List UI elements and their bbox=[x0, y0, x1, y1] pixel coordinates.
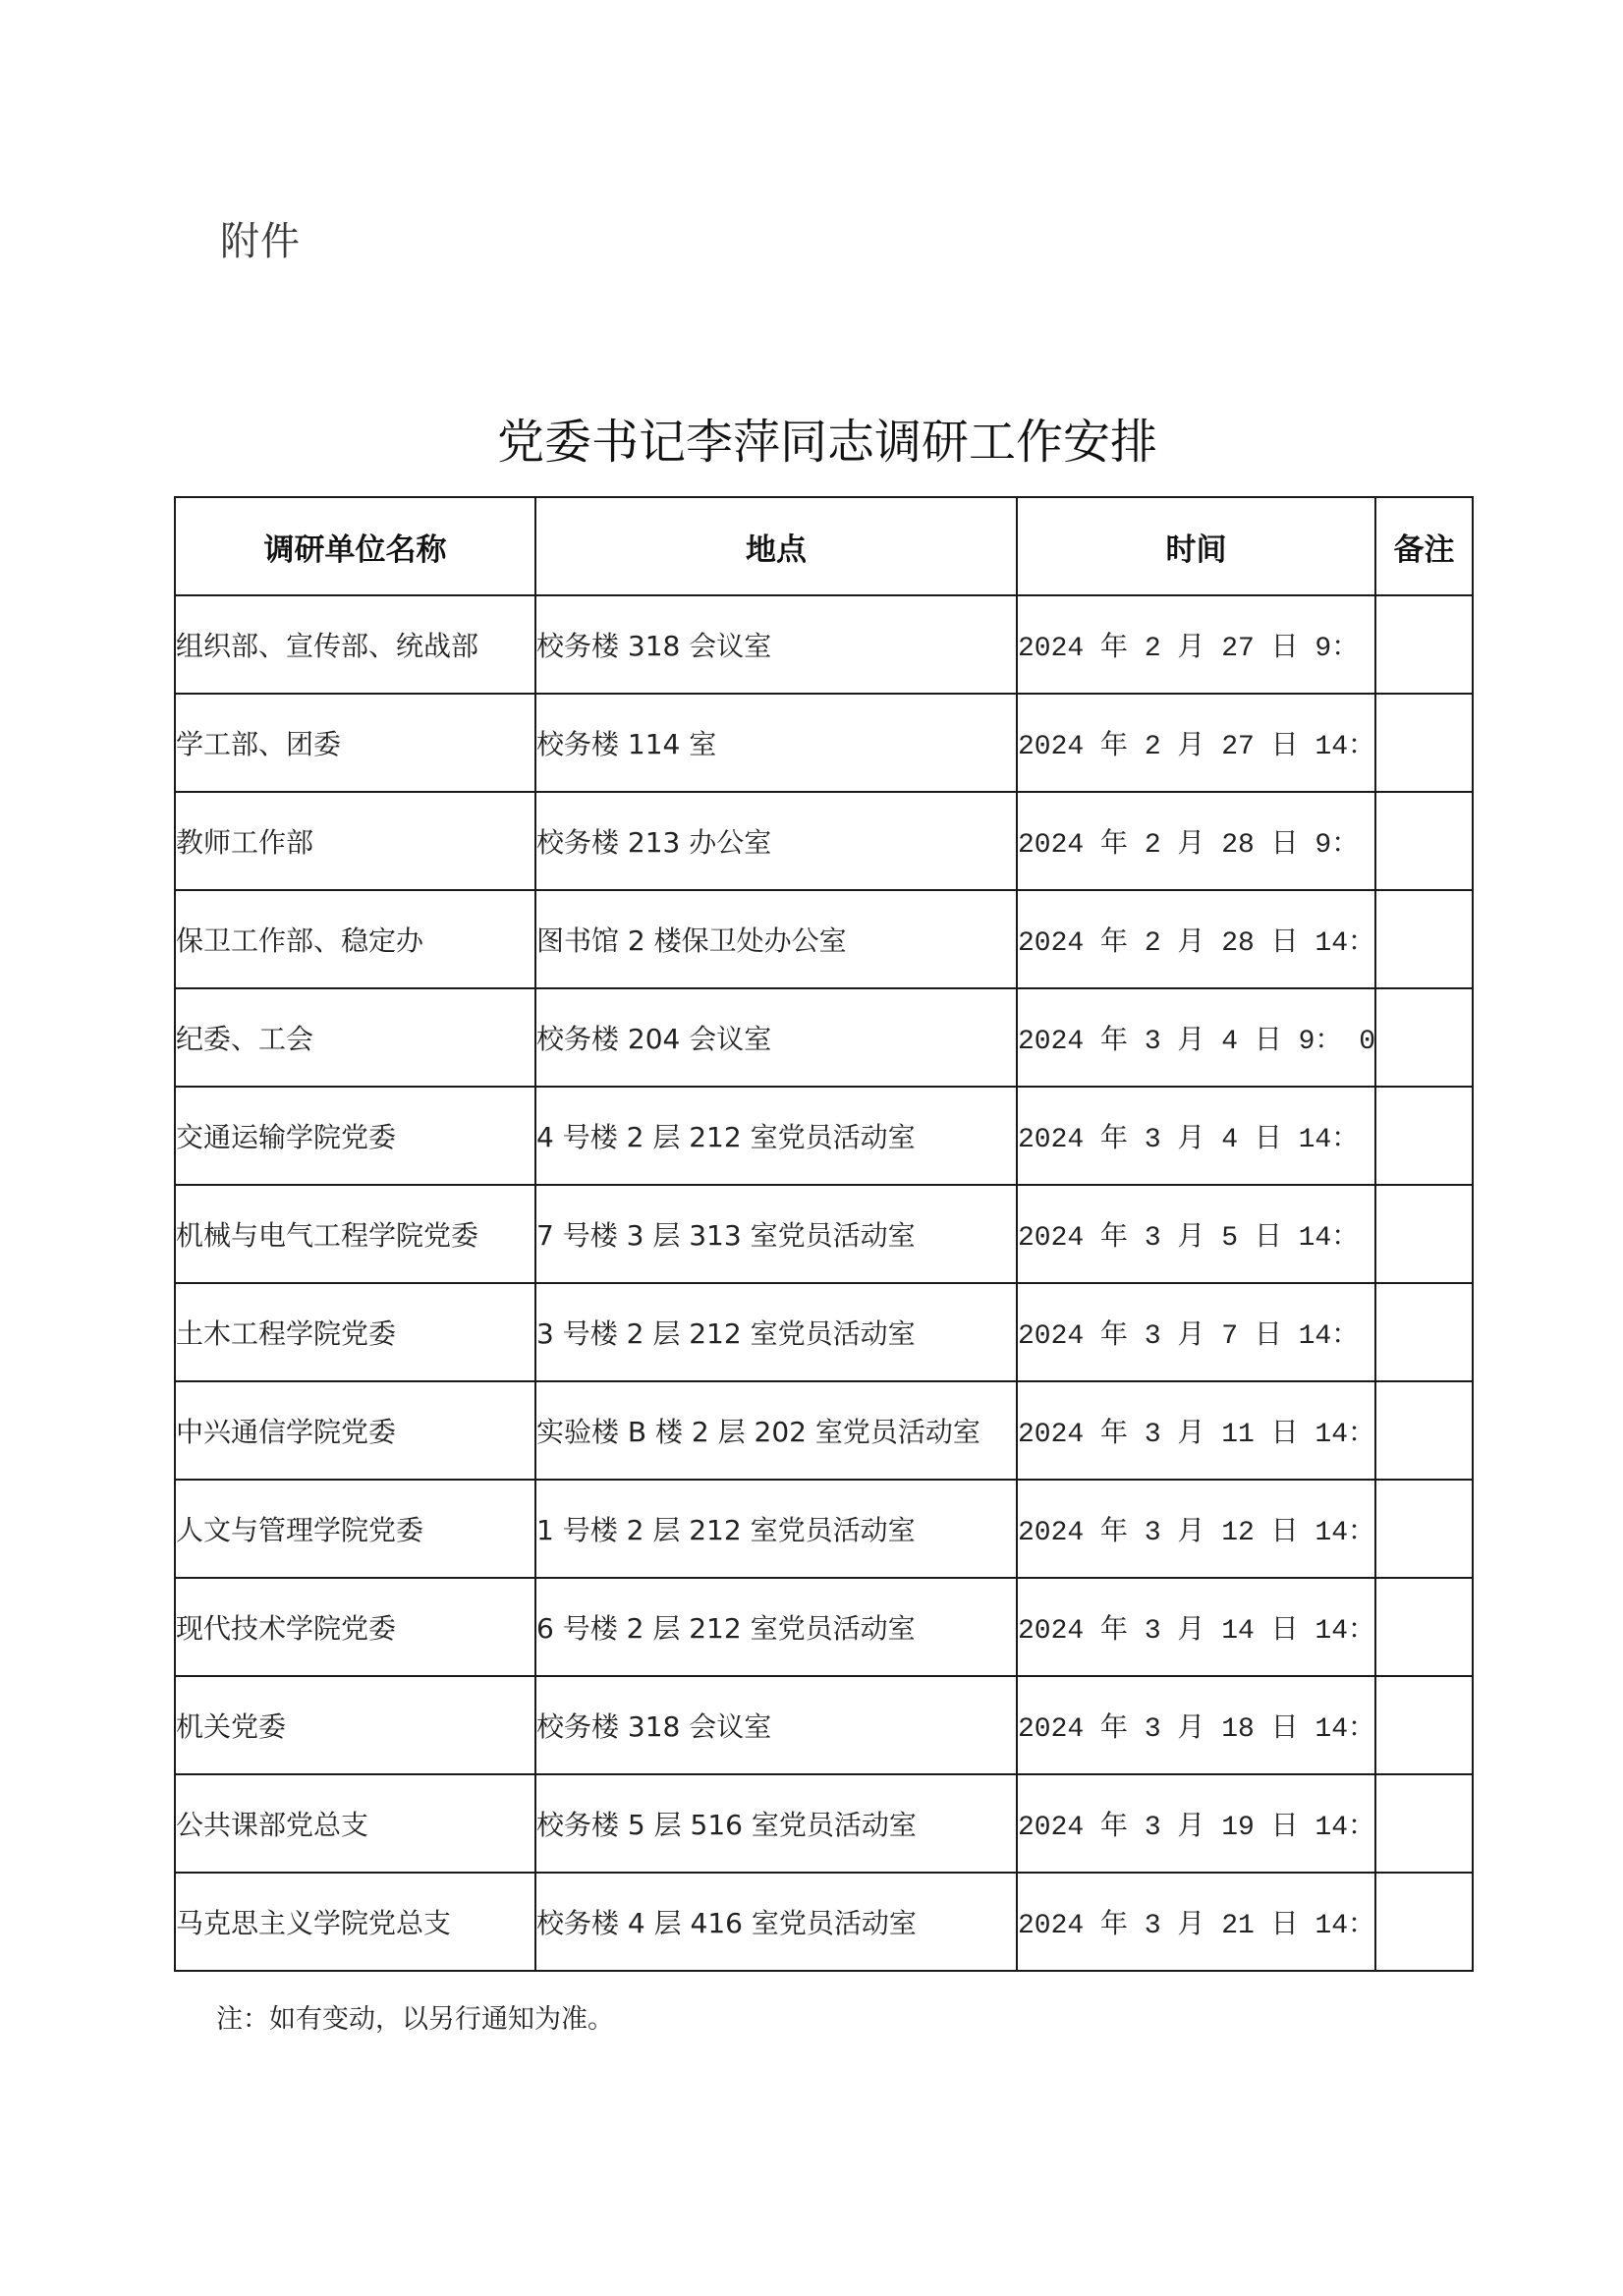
cell-time: 2024 年 3 月 14 日 14： 30 bbox=[1017, 1578, 1375, 1676]
cell-location: 校务楼 4 层 416 室党员活动室 bbox=[535, 1873, 1017, 1971]
cell-unit: 中兴通信学院党委 bbox=[175, 1381, 535, 1480]
table-row: 交通运输学院党委4 号楼 2 层 212 室党员活动室2024 年 3 月 4 … bbox=[175, 1087, 1473, 1185]
cell-unit: 交通运输学院党委 bbox=[175, 1087, 535, 1185]
cell-note bbox=[1375, 988, 1473, 1087]
cell-unit: 学工部、团委 bbox=[175, 694, 535, 792]
cell-note bbox=[1375, 1283, 1473, 1381]
table-header-row: 调研单位名称 地点 时间 备注 bbox=[175, 497, 1473, 595]
cell-unit: 现代技术学院党委 bbox=[175, 1578, 535, 1676]
cell-unit: 土木工程学院党委 bbox=[175, 1283, 535, 1381]
cell-time: 2024 年 3 月 12 日 14： 30 bbox=[1017, 1480, 1375, 1578]
cell-note bbox=[1375, 1873, 1473, 1971]
cell-location: 3 号楼 2 层 212 室党员活动室 bbox=[535, 1283, 1017, 1381]
cell-location: 校务楼 318 会议室 bbox=[535, 1676, 1017, 1774]
cell-note bbox=[1375, 890, 1473, 988]
cell-time: 2024 年 3 月 4 日 9： 00 bbox=[1017, 988, 1375, 1087]
cell-unit: 公共课部党总支 bbox=[175, 1774, 535, 1873]
table-row: 公共课部党总支校务楼 5 层 516 室党员活动室2024 年 3 月 19 日… bbox=[175, 1774, 1473, 1873]
table-row: 机械与电气工程学院党委7 号楼 3 层 313 室党员活动室2024 年 3 月… bbox=[175, 1185, 1473, 1283]
cell-note bbox=[1375, 1578, 1473, 1676]
header-unit: 调研单位名称 bbox=[175, 497, 535, 595]
attachment-label: 附件 bbox=[220, 218, 301, 265]
header-time: 时间 bbox=[1017, 497, 1375, 595]
cell-location: 4 号楼 2 层 212 室党员活动室 bbox=[535, 1087, 1017, 1185]
cell-note bbox=[1375, 595, 1473, 694]
cell-time: 2024 年 2 月 28 日 9： 00 bbox=[1017, 792, 1375, 890]
cell-note bbox=[1375, 1774, 1473, 1873]
cell-time: 2024 年 2 月 27 日 14： 30 bbox=[1017, 694, 1375, 792]
document-title: 党委书记李萍同志调研工作安排 bbox=[16, 403, 1623, 481]
cell-location: 校务楼 318 会议室 bbox=[535, 595, 1017, 694]
cell-location: 校务楼 5 层 516 室党员活动室 bbox=[535, 1774, 1017, 1873]
cell-time: 2024 年 3 月 5 日 14： 30 bbox=[1017, 1185, 1375, 1283]
cell-time: 2024 年 2 月 27 日 9： 00 bbox=[1017, 595, 1375, 694]
header-location: 地点 bbox=[535, 497, 1017, 595]
table-row: 教师工作部校务楼 213 办公室2024 年 2 月 28 日 9： 00 bbox=[175, 792, 1473, 890]
cell-note bbox=[1375, 1381, 1473, 1480]
cell-note bbox=[1375, 1185, 1473, 1283]
cell-time: 2024 年 3 月 19 日 14： 30 bbox=[1017, 1774, 1375, 1873]
cell-unit: 纪委、工会 bbox=[175, 988, 535, 1087]
cell-location: 实验楼 B 楼 2 层 202 室党员活动室 bbox=[535, 1381, 1017, 1480]
table-row: 马克思主义学院党总支校务楼 4 层 416 室党员活动室2024 年 3 月 2… bbox=[175, 1873, 1473, 1971]
table-row: 现代技术学院党委6 号楼 2 层 212 室党员活动室2024 年 3 月 14… bbox=[175, 1578, 1473, 1676]
cell-time: 2024 年 3 月 21 日 14： 30 bbox=[1017, 1873, 1375, 1971]
cell-note bbox=[1375, 792, 1473, 890]
table-row: 人文与管理学院党委1 号楼 2 层 212 室党员活动室2024 年 3 月 1… bbox=[175, 1480, 1473, 1578]
table-row: 土木工程学院党委3 号楼 2 层 212 室党员活动室2024 年 3 月 7 … bbox=[175, 1283, 1473, 1381]
cell-location: 1 号楼 2 层 212 室党员活动室 bbox=[535, 1480, 1017, 1578]
table-row: 纪委、工会校务楼 204 会议室2024 年 3 月 4 日 9： 00 bbox=[175, 988, 1473, 1087]
cell-time: 2024 年 3 月 7 日 14： 30 bbox=[1017, 1283, 1375, 1381]
cell-time: 2024 年 2 月 28 日 14： 30 bbox=[1017, 890, 1375, 988]
cell-location: 校务楼 204 会议室 bbox=[535, 988, 1017, 1087]
cell-location: 校务楼 114 室 bbox=[535, 694, 1017, 792]
header-note: 备注 bbox=[1375, 497, 1473, 595]
cell-time: 2024 年 3 月 18 日 14： 30 bbox=[1017, 1676, 1375, 1774]
cell-note bbox=[1375, 1676, 1473, 1774]
cell-unit: 人文与管理学院党委 bbox=[175, 1480, 535, 1578]
table-row: 学工部、团委校务楼 114 室2024 年 2 月 27 日 14： 30 bbox=[175, 694, 1473, 792]
table-row: 保卫工作部、稳定办图书馆 2 楼保卫处办公室2024 年 2 月 28 日 14… bbox=[175, 890, 1473, 988]
footnote: 注：如有变动，以另行通知为准。 bbox=[216, 2001, 614, 2039]
cell-location: 7 号楼 3 层 313 室党员活动室 bbox=[535, 1185, 1017, 1283]
cell-time: 2024 年 3 月 11 日 14： 30 bbox=[1017, 1381, 1375, 1480]
cell-unit: 马克思主义学院党总支 bbox=[175, 1873, 535, 1971]
cell-note bbox=[1375, 694, 1473, 792]
schedule-table: 调研单位名称 地点 时间 备注 组织部、宣传部、统战部校务楼 318 会议室20… bbox=[174, 496, 1474, 1972]
cell-location: 6 号楼 2 层 212 室党员活动室 bbox=[535, 1578, 1017, 1676]
table-row: 机关党委校务楼 318 会议室2024 年 3 月 18 日 14： 30 bbox=[175, 1676, 1473, 1774]
cell-time: 2024 年 3 月 4 日 14： 30 bbox=[1017, 1087, 1375, 1185]
cell-location: 校务楼 213 办公室 bbox=[535, 792, 1017, 890]
cell-unit: 机械与电气工程学院党委 bbox=[175, 1185, 535, 1283]
cell-unit: 保卫工作部、稳定办 bbox=[175, 890, 535, 988]
cell-unit: 组织部、宣传部、统战部 bbox=[175, 595, 535, 694]
table-row: 中兴通信学院党委实验楼 B 楼 2 层 202 室党员活动室2024 年 3 月… bbox=[175, 1381, 1473, 1480]
cell-note bbox=[1375, 1087, 1473, 1185]
cell-unit: 机关党委 bbox=[175, 1676, 535, 1774]
table-row: 组织部、宣传部、统战部校务楼 318 会议室2024 年 2 月 27 日 9：… bbox=[175, 595, 1473, 694]
cell-note bbox=[1375, 1480, 1473, 1578]
cell-location: 图书馆 2 楼保卫处办公室 bbox=[535, 890, 1017, 988]
cell-unit: 教师工作部 bbox=[175, 792, 535, 890]
